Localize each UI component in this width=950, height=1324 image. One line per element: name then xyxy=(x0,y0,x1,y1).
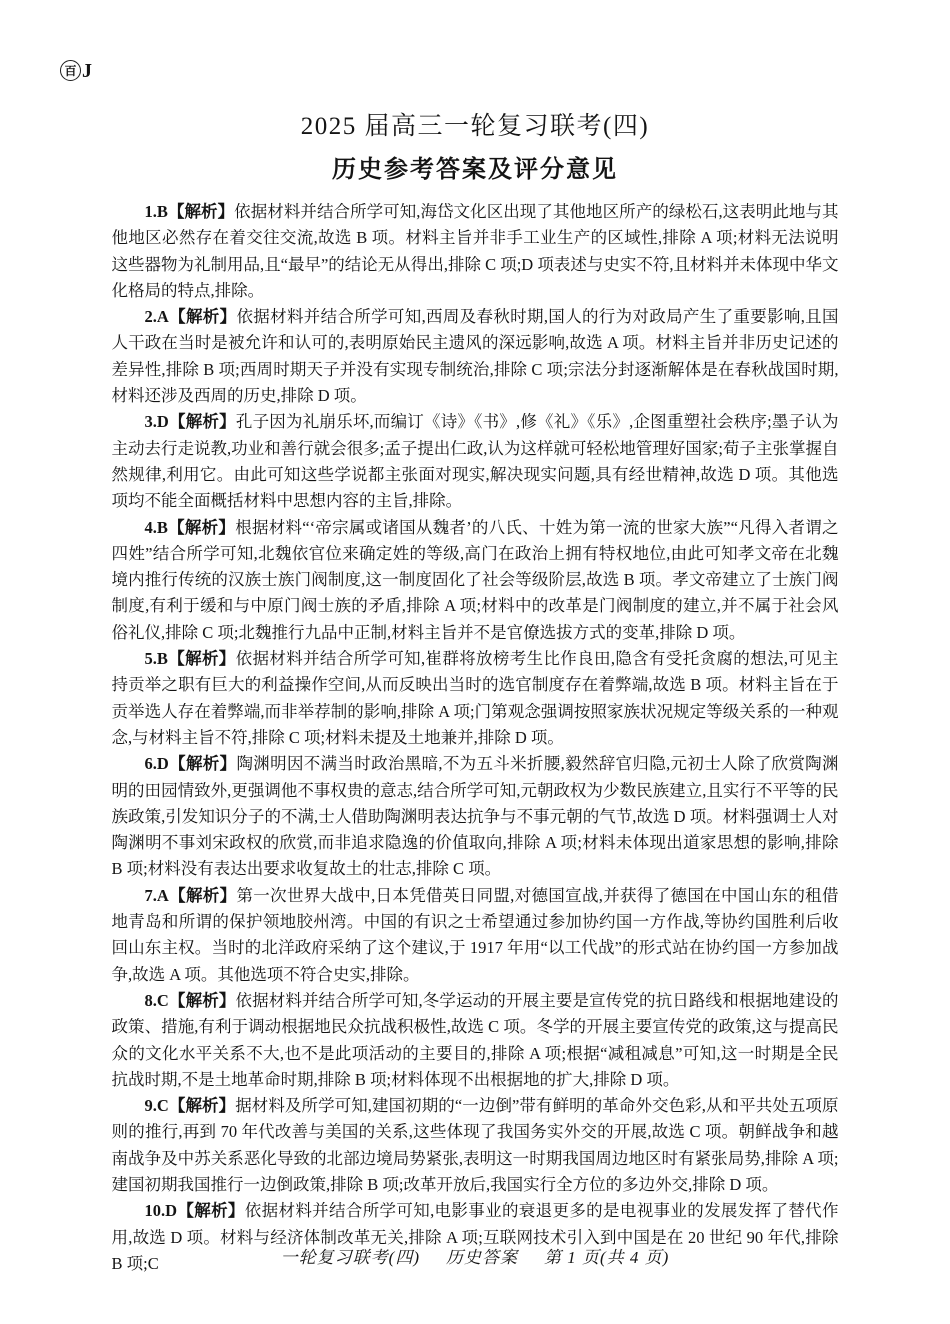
answer-item-3: 3.D【解析】孔子因为礼崩乐坏,而编订《诗》《书》,修《礼》《乐》,企图重塑社会… xyxy=(112,409,839,514)
answer-number: 3.D xyxy=(145,412,169,431)
answer-item-6: 6.D【解析】陶渊明因不满当时政治黑暗,不为五斗米折腰,毅然辞官归隐,元初士人除… xyxy=(112,751,839,882)
footer-page-number: 第 1 页(共 4 页) xyxy=(544,1243,669,1268)
exam-answer-page: 百J 2025 届高三一轮复习联考(四) 历史参考答案及评分意见 1.B【解析】… xyxy=(0,0,950,1324)
answer-item-8: 8.C【解析】依据材料并结合所学可知,冬学运动的开展主要是宣传党的抗日路线和根据… xyxy=(112,988,839,1093)
answer-number: 1.B xyxy=(145,202,168,221)
answer-number: 2.A xyxy=(145,307,169,326)
answer-number: 7.A xyxy=(145,886,169,905)
analysis-label: 【解析】 xyxy=(168,203,234,221)
page-footer: 一轮复习联考(四)历史答案第 1 页(共 4 页) xyxy=(0,1243,950,1268)
analysis-label: 【解析】 xyxy=(169,755,237,773)
analysis-label: 【解析】 xyxy=(169,413,236,431)
answer-number: 5.B xyxy=(145,649,168,668)
document-header: 2025 届高三一轮复习联考(四) 历史参考答案及评分意见 xyxy=(0,0,950,184)
logo-suffix: J xyxy=(82,61,92,81)
analysis-label: 【解析】 xyxy=(177,1202,245,1220)
answer-item-4: 4.B【解析】根据材料“‘帝宗属或诸国从魏者’的八氏、十姓为第一流的世家大族”“… xyxy=(112,515,839,646)
analysis-label: 【解析】 xyxy=(169,308,237,326)
answer-number: 8.C xyxy=(145,991,169,1010)
answer-explanations: 1.B【解析】依据材料并结合所学可知,海岱文化区出现了其他地区所产的绿松石,这表… xyxy=(112,199,839,1277)
answer-item-1: 1.B【解析】依据材料并结合所学可知,海岱文化区出现了其他地区所产的绿松石,这表… xyxy=(112,199,839,304)
footer-subject: 历史答案 xyxy=(446,1243,518,1268)
analysis-label: 【解析】 xyxy=(169,1097,235,1115)
answer-number: 4.B xyxy=(145,518,168,537)
answer-item-9: 9.C【解析】据材料及所学可知,建国初期的“一边倒”带有鲜明的革命外交色彩,从和… xyxy=(112,1093,839,1198)
analysis-label: 【解析】 xyxy=(168,650,236,668)
answer-number: 6.D xyxy=(145,754,169,773)
answer-item-2: 2.A【解析】依据材料并结合所学可知,西周及春秋时期,国人的行为对政局产生了重要… xyxy=(112,304,839,409)
answer-sheet-subtitle: 历史参考答案及评分意见 xyxy=(0,149,950,184)
answer-item-5: 5.B【解析】依据材料并结合所学可知,崔群将放榜考生比作良田,隐含有受托贪腐的想… xyxy=(112,646,839,751)
analysis-label: 【解析】 xyxy=(169,992,236,1010)
analysis-label: 【解析】 xyxy=(169,887,237,905)
publisher-logo: 百J xyxy=(60,60,92,81)
footer-exam-name: 一轮复习联考(四) xyxy=(281,1243,420,1268)
answer-item-7: 7.A【解析】第一次世界大战中,日本凭借英日同盟,对德国宣战,并获得了德国在中国… xyxy=(112,883,839,988)
answer-number: 10.D xyxy=(145,1201,178,1220)
answer-number: 9.C xyxy=(145,1096,169,1115)
exam-title: 2025 届高三一轮复习联考(四) xyxy=(0,106,950,142)
logo-circle-icon: 百 xyxy=(60,60,81,81)
analysis-label: 【解析】 xyxy=(168,519,235,537)
